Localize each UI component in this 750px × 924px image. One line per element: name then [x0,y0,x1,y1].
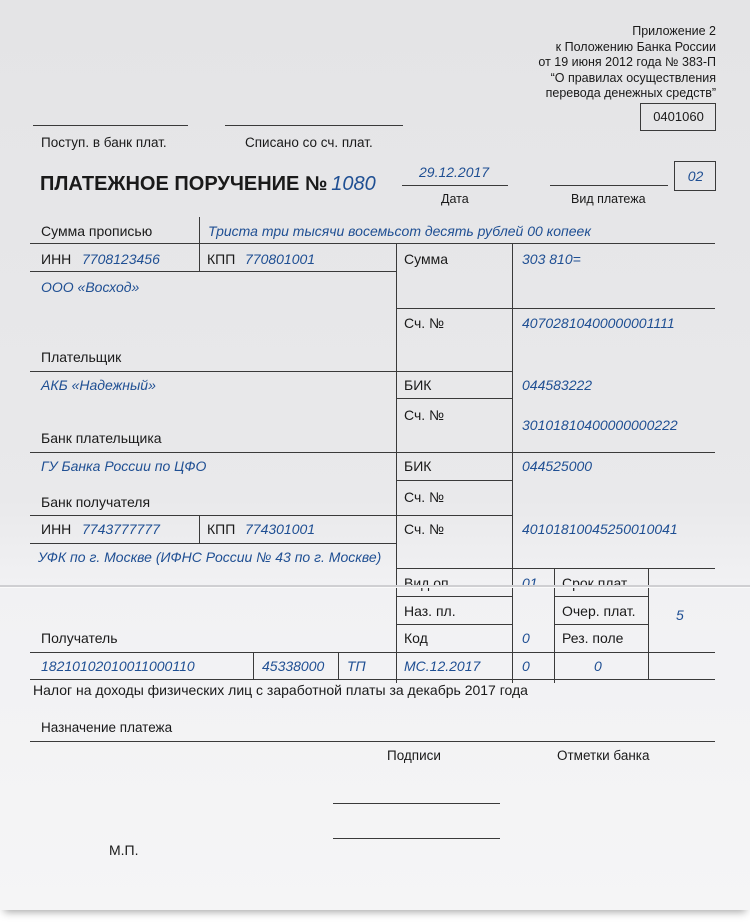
grid-line [554,596,648,597]
payer-bank-name: АКБ «Надежный» [41,377,156,393]
grid-line [30,652,715,653]
appendix-line: “О правилах осуществления [480,71,716,87]
due-label: Срок плат. [562,575,630,591]
grid-line [30,271,396,272]
payee-bank-bik-label: БИК [404,458,431,474]
title-label: ПЛАТЕЖНОЕ ПОРУЧЕНИЕ № [40,173,327,195]
form-code: 0401060 [640,109,717,124]
payer-bank-account-label: Сч. № [404,407,444,423]
grid-line [396,308,715,309]
grid-line [253,652,254,679]
payer-inn: 7708123456 [82,251,160,267]
grid-line [199,217,200,243]
tax-doc-number: 0 [522,658,530,674]
grid-line [396,243,397,683]
grid-line [648,568,649,653]
payment-order-form: Приложение 2 к Положению Банка России от… [0,0,750,910]
signature-line-1[interactable] [333,803,500,804]
amount-words-label: Сумма прописью [41,223,152,239]
grid-line [396,398,512,399]
purpose-text: Налог на доходы физических лиц с заработ… [33,682,528,698]
order-number: 1080 [331,173,376,195]
payer-account: 40702810400000001111 [522,315,675,331]
appendix-reference: Приложение 2 к Положению Банка России от… [480,24,716,102]
grid-line [30,515,512,516]
date-label: Дата [441,192,469,206]
status-value: 02 [674,168,717,184]
grid-line [396,568,715,569]
page-title: ПЛАТЕЖНОЕ ПОРУЧЕНИЕ №1080 [40,173,376,196]
grid-line [199,515,200,543]
appendix-line: перевода денежных средств” [480,86,716,102]
appendix-line: от 19 июня 2012 года № 383-П [480,55,716,71]
payer-kpp: 770801001 [245,251,315,267]
kbk: 18210102010011000110 [41,658,195,674]
date-line [402,185,508,186]
debited-date-line[interactable] [225,125,403,126]
received-date-line[interactable] [33,125,188,126]
payee-kpp-label: КПП [207,521,235,537]
payment-type-line [550,185,668,186]
sum-value: 303 810= [522,251,581,267]
payment-type-label: Вид платежа [571,192,646,206]
grid-line [30,679,715,680]
grid-line [396,480,512,481]
payer-bank-bik: 044583222 [522,377,592,393]
tax-doc-date: 0 [594,658,602,674]
grid-line [554,624,648,625]
payer-bank-account: 30101810400000000222 [522,417,678,433]
grid-line [30,243,715,244]
payer-name: ООО «Восход» [41,279,139,295]
reserve-label: Рез. поле [562,630,623,646]
grid-line [512,243,513,568]
tax-basis: ТП [347,658,366,674]
grid-line [338,652,339,679]
oktmo: 45338000 [262,658,324,674]
amount-words-value: Триста три тысячи восемьсот десять рубле… [208,223,591,239]
payee-kpp: 774301001 [245,521,315,537]
payer-bank-role-label: Банк плательщика [41,430,162,446]
sum-label: Сумма [404,251,448,267]
bank-marks-label: Отметки банка [557,748,650,763]
priority-label: Очер. плат. [562,603,636,619]
grid-line [199,243,200,271]
date-value: 29.12.2017 [419,164,489,180]
signature-line-2[interactable] [333,838,500,839]
payee-bank-bik: 044525000 [522,458,592,474]
purpose-label: Назначение платежа [41,720,172,735]
priority: 5 [676,607,684,623]
op-type: 01 [522,575,538,591]
grid-line [648,652,649,679]
code: 0 [522,630,530,646]
payee-account: 40101810045250010041 [522,521,678,537]
stamp-label: М.П. [109,842,139,858]
payee-name: УФК по г. Москве (ИФНС России № 43 по г.… [38,549,381,565]
paper-fold [0,585,750,587]
payee-account-label: Сч. № [404,521,444,537]
payee-inn-label: ИНН [41,521,71,537]
grid-line [30,371,512,372]
payer-bank-bik-label: БИК [404,377,431,393]
payer-account-label: Сч. № [404,315,444,331]
payee-bank-name: ГУ Банка России по ЦФО [41,458,206,474]
payee-inn: 7743777777 [82,521,160,537]
grid-line [396,596,512,597]
payer-kpp-label: КПП [207,251,235,267]
purpose-code-label: Наз. пл. [404,603,456,619]
grid-line [30,741,715,742]
op-type-label: Вид оп. [404,575,452,591]
debited-label: Списано со сч. плат. [245,135,373,150]
payee-role-label: Получатель [41,630,118,646]
appendix-line: Приложение 2 [480,24,716,40]
payee-bank-account-label: Сч. № [404,489,444,505]
tax-period: МС.12.2017 [404,658,480,674]
payer-role-label: Плательщик [41,349,121,365]
grid-line [30,543,396,544]
payee-bank-role-label: Банк получателя [41,494,150,510]
payer-inn-label: ИНН [41,251,71,267]
received-label: Поступ. в банк плат. [41,135,167,150]
grid-line [30,452,715,453]
signatures-label: Подписи [387,748,441,763]
appendix-line: к Положению Банка России [480,40,716,56]
code-label: Код [404,630,428,646]
grid-line [396,624,512,625]
